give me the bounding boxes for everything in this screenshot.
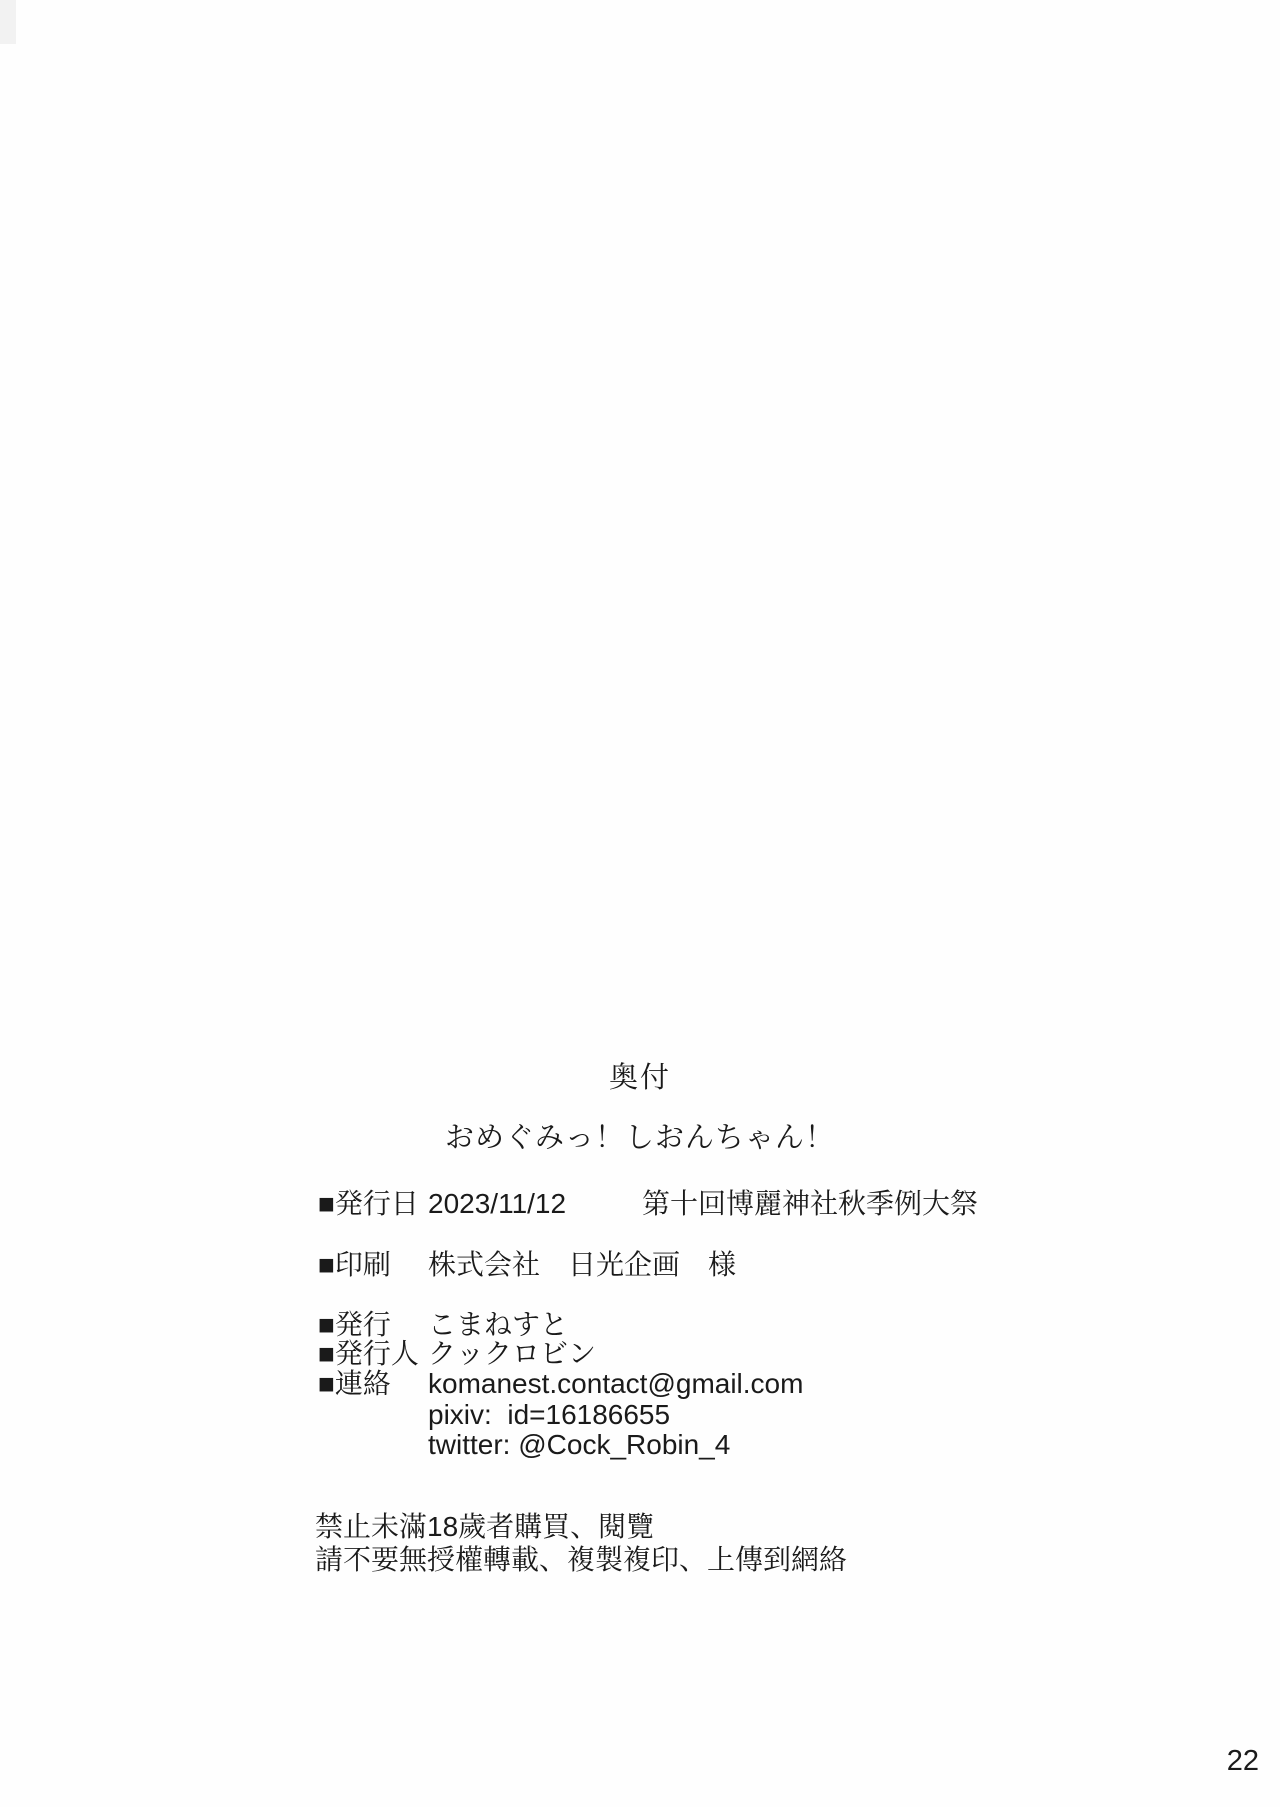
- contact-twitter-row: twitter: @Cock_Robin_4: [0, 1429, 1280, 1463]
- author-row: ■発行人 クックロビン: [0, 1338, 1280, 1372]
- contact-email: komanest.contact@gmail.com: [428, 1368, 803, 1400]
- author-value: クックロビン: [428, 1338, 596, 1370]
- contact-pixiv: pixiv: id=16186655: [428, 1399, 670, 1431]
- colophon-page: 奥付 おめぐみっ！しおんちゃん！ ■発行日 2023/11/12 第十回博麗神社…: [0, 0, 1280, 1807]
- printer-label: ■印刷: [318, 1249, 391, 1281]
- printer-value: 株式会社 日光企画 様: [428, 1249, 736, 1281]
- printer-row: ■印刷 株式会社 日光企画 様: [0, 1249, 1280, 1283]
- publisher-value: こまねすと: [428, 1309, 568, 1341]
- contact-twitter: twitter: @Cock_Robin_4: [428, 1429, 730, 1461]
- work-title: おめぐみっ！しおんちゃん！: [0, 1122, 1280, 1155]
- reproduction-warning: 請不要無授權轉載、複製複印、上傳到網絡: [315, 1544, 847, 1576]
- contact-row: ■連絡 komanest.contact@gmail.com: [0, 1368, 1280, 1402]
- age-restriction-warning: 禁止未滿18歲者購買、閱覽: [315, 1511, 654, 1543]
- publication-date-label: ■発行日: [318, 1188, 419, 1220]
- contact-pixiv-row: pixiv: id=16186655: [0, 1399, 1280, 1433]
- event-name: 第十回博麗神社秋季例大祭: [642, 1188, 978, 1220]
- publisher-label: ■発行: [318, 1309, 391, 1341]
- page-number: 22: [1227, 1745, 1259, 1778]
- section-title: 奥付: [0, 1062, 1280, 1095]
- scan-artifact: [0, 0, 16, 44]
- publication-date-row: ■発行日 2023/11/12 第十回博麗神社秋季例大祭: [0, 1188, 1280, 1222]
- publication-date-value: 2023/11/12: [428, 1188, 566, 1220]
- author-label: ■発行人: [318, 1338, 419, 1370]
- contact-label: ■連絡: [318, 1368, 391, 1400]
